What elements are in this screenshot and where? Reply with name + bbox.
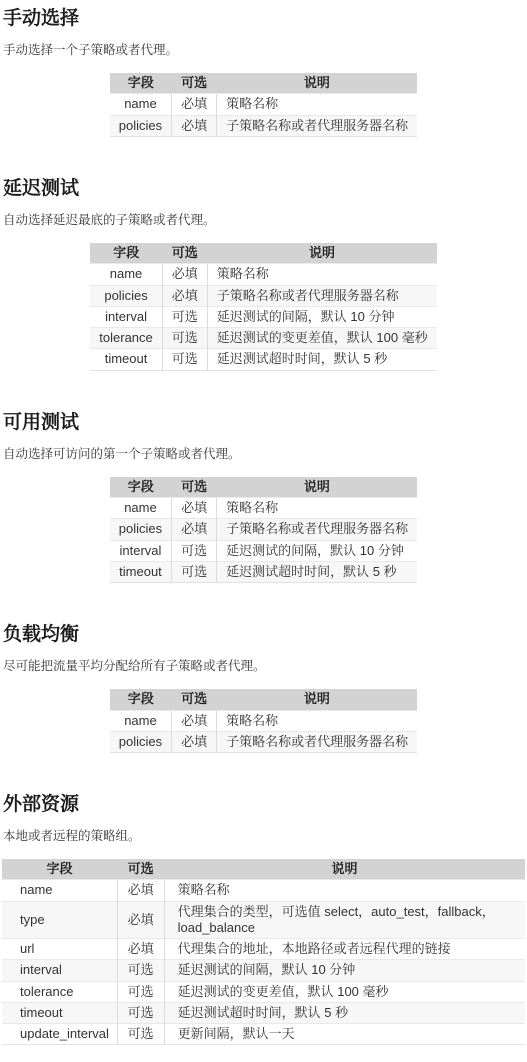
description-cell: 子策略名称或者代理服务器名称 <box>217 519 418 540</box>
field-name-cell: url <box>2 939 117 960</box>
field-name-cell: name <box>110 498 172 519</box>
field-name-cell: tolerance <box>90 328 162 349</box>
section-heading: 延迟测试 <box>3 179 525 199</box>
table-row: name必填策略名称 <box>90 264 436 285</box>
table-row: timeout可选延迟测试超时时间，默认 5 秒 <box>90 349 436 370</box>
column-header: 说明 <box>207 243 436 264</box>
field-name-cell: policies <box>110 731 172 752</box>
table-row: timeout可选延迟测试超时时间，默认 5 秒 <box>110 561 417 582</box>
optional-cell: 可选 <box>117 981 164 1002</box>
section-external-resources: 外部资源 本地或者远程的策略组。 字段可选说明name必填策略名称type必填代… <box>2 795 525 1045</box>
description-cell: 延迟测试超时时间，默认 5 秒 <box>164 1002 525 1023</box>
section-description: 手动选择一个子策略或者代理。 <box>3 42 525 58</box>
column-header: 可选 <box>172 689 217 710</box>
optional-cell: 必填 <box>172 731 217 752</box>
table-header-row: 字段可选说明 <box>110 689 417 710</box>
field-name-cell: timeout <box>90 349 162 370</box>
description-cell: 策略名称 <box>217 498 418 519</box>
column-header: 可选 <box>172 73 217 94</box>
column-header: 字段 <box>90 243 162 264</box>
table-row: name必填策略名称 <box>110 498 417 519</box>
description-cell: 策略名称 <box>164 880 525 901</box>
fields-table: 字段可选说明name必填策略名称policies必填子策略名称或者代理服务器名称… <box>110 477 417 583</box>
section-availability-test: 可用测试 自动选择可访问的第一个子策略或者代理。 字段可选说明name必填策略名… <box>2 413 525 583</box>
description-cell: 延迟测试的间隔，默认 10 分钟 <box>164 960 525 981</box>
optional-cell: 必填 <box>117 901 164 939</box>
description-cell: 策略名称 <box>207 264 436 285</box>
table-row: update_interval可选更新间隔，默认一天 <box>2 1024 525 1045</box>
optional-cell: 必填 <box>172 115 217 136</box>
column-header: 可选 <box>162 243 207 264</box>
field-name-cell: update_interval <box>2 1024 117 1045</box>
description-cell: 子策略名称或者代理服务器名称 <box>217 115 418 136</box>
description-cell: 延迟测试的间隔，默认 10 分钟 <box>217 540 418 561</box>
field-name-cell: interval <box>110 540 172 561</box>
table-row: name必填策略名称 <box>2 880 525 901</box>
field-name-cell: name <box>110 710 172 731</box>
column-header: 说明 <box>217 73 418 94</box>
field-name-cell: interval <box>2 960 117 981</box>
field-name-cell: timeout <box>2 1002 117 1023</box>
description-cell: 延迟测试的间隔，默认 10 分钟 <box>207 306 436 327</box>
column-header: 说明 <box>217 477 418 498</box>
section-description: 自动选择可访问的第一个子策略或者代理。 <box>3 446 525 462</box>
section-heading: 手动选择 <box>3 9 525 29</box>
description-cell: 子策略名称或者代理服务器名称 <box>207 285 436 306</box>
table-row: tolerance可选延迟测试的变更差值，默认 100 毫秒 <box>2 981 525 1002</box>
table-row: policies必填子策略名称或者代理服务器名称 <box>110 519 417 540</box>
description-cell: 延迟测试的变更差值，默认 100 毫秒 <box>207 328 436 349</box>
column-header: 字段 <box>110 477 172 498</box>
field-name-cell: timeout <box>110 561 172 582</box>
description-cell: 延迟测试的变更差值，默认 100 毫秒 <box>164 981 525 1002</box>
section-heading: 可用测试 <box>3 413 525 433</box>
section-manual-select: 手动选择 手动选择一个子策略或者代理。 字段可选说明name必填策略名称poli… <box>2 9 525 137</box>
table-row: interval可选延迟测试的间隔，默认 10 分钟 <box>110 540 417 561</box>
column-header: 字段 <box>2 859 117 880</box>
table-row: interval可选延迟测试的间隔，默认 10 分钟 <box>2 960 525 981</box>
optional-cell: 可选 <box>162 328 207 349</box>
description-cell: 策略名称 <box>217 94 418 115</box>
column-header: 字段 <box>110 73 172 94</box>
section-description: 本地或者远程的策略组。 <box>3 828 525 844</box>
optional-cell: 必填 <box>172 94 217 115</box>
description-cell: 代理集合的类型，可选值 select，auto_test，fallback，lo… <box>164 901 525 939</box>
optional-cell: 必填 <box>117 939 164 960</box>
optional-cell: 必填 <box>162 264 207 285</box>
table-row: type必填代理集合的类型，可选值 select，auto_test，fallb… <box>2 901 525 939</box>
field-name-cell: policies <box>110 519 172 540</box>
optional-cell: 必填 <box>172 710 217 731</box>
description-cell: 子策略名称或者代理服务器名称 <box>217 731 418 752</box>
table-header-row: 字段可选说明 <box>2 859 525 880</box>
section-description: 自动选择延迟最底的子策略或者代理。 <box>3 212 525 228</box>
field-name-cell: tolerance <box>2 981 117 1002</box>
table-row: policies必填子策略名称或者代理服务器名称 <box>110 731 417 752</box>
optional-cell: 可选 <box>172 540 217 561</box>
column-header: 字段 <box>110 689 172 710</box>
table-header-row: 字段可选说明 <box>110 477 417 498</box>
fields-table: 字段可选说明name必填策略名称policies必填子策略名称或者代理服务器名称 <box>110 689 417 753</box>
optional-cell: 可选 <box>117 1002 164 1023</box>
optional-cell: 必填 <box>162 285 207 306</box>
description-cell: 代理集合的地址，本地路径或者远程代理的链接 <box>164 939 525 960</box>
column-header: 可选 <box>172 477 217 498</box>
optional-cell: 必填 <box>172 498 217 519</box>
optional-cell: 可选 <box>117 960 164 981</box>
table-row: policies必填子策略名称或者代理服务器名称 <box>90 285 436 306</box>
table-row: name必填策略名称 <box>110 710 417 731</box>
column-header: 说明 <box>217 689 418 710</box>
field-name-cell: policies <box>110 115 172 136</box>
table-row: timeout可选延迟测试超时时间，默认 5 秒 <box>2 1002 525 1023</box>
table-row: url必填代理集合的地址，本地路径或者远程代理的链接 <box>2 939 525 960</box>
optional-cell: 可选 <box>117 1024 164 1045</box>
table-row: interval可选延迟测试的间隔，默认 10 分钟 <box>90 306 436 327</box>
optional-cell: 可选 <box>162 306 207 327</box>
description-cell: 策略名称 <box>217 710 418 731</box>
optional-cell: 必填 <box>117 880 164 901</box>
fields-table: 字段可选说明name必填策略名称policies必填子策略名称或者代理服务器名称 <box>110 73 417 137</box>
section-description: 尽可能把流量平均分配给所有子策略或者代理。 <box>3 658 525 674</box>
table-row: tolerance可选延迟测试的变更差值，默认 100 毫秒 <box>90 328 436 349</box>
document-body: 手动选择 手动选择一个子策略或者代理。 字段可选说明name必填策略名称poli… <box>2 9 525 1045</box>
description-cell: 延迟测试超时时间，默认 5 秒 <box>217 561 418 582</box>
column-header: 可选 <box>117 859 164 880</box>
section-heading: 外部资源 <box>3 795 525 815</box>
optional-cell: 可选 <box>172 561 217 582</box>
optional-cell: 可选 <box>162 349 207 370</box>
field-name-cell: type <box>2 901 117 939</box>
field-name-cell: interval <box>90 306 162 327</box>
fields-table: 字段可选说明name必填策略名称policies必填子策略名称或者代理服务器名称… <box>90 243 436 371</box>
table-row: policies必填子策略名称或者代理服务器名称 <box>110 115 417 136</box>
field-name-cell: name <box>2 880 117 901</box>
description-cell: 延迟测试超时时间，默认 5 秒 <box>207 349 436 370</box>
optional-cell: 必填 <box>172 519 217 540</box>
section-latency-test: 延迟测试 自动选择延迟最底的子策略或者代理。 字段可选说明name必填策略名称p… <box>2 179 525 371</box>
field-name-cell: name <box>90 264 162 285</box>
field-name-cell: name <box>110 94 172 115</box>
table-row: name必填策略名称 <box>110 94 417 115</box>
section-load-balance: 负载均衡 尽可能把流量平均分配给所有子策略或者代理。 字段可选说明name必填策… <box>2 625 525 753</box>
description-cell: 更新间隔，默认一天 <box>164 1024 525 1045</box>
table-header-row: 字段可选说明 <box>110 73 417 94</box>
column-header: 说明 <box>164 859 525 880</box>
fields-table: 字段可选说明name必填策略名称type必填代理集合的类型，可选值 select… <box>2 859 525 1045</box>
field-name-cell: policies <box>90 285 162 306</box>
section-heading: 负载均衡 <box>3 625 525 645</box>
table-header-row: 字段可选说明 <box>90 243 436 264</box>
